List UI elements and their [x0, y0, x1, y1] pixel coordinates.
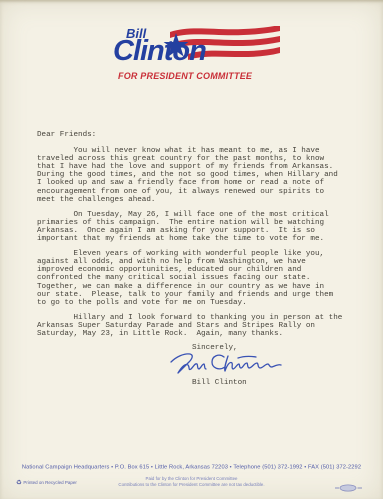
union-bug-icon — [334, 484, 364, 492]
paragraph-4: Hillary and I look forward to thanking y… — [37, 314, 357, 338]
letter-body: Dear Friends: You will never know what i… — [37, 131, 357, 345]
recycled-paper-note: ♻ Printed on Recycled Paper — [16, 479, 216, 486]
handwritten-signature-icon — [168, 350, 283, 380]
typed-signature: Bill Clinton — [192, 379, 247, 387]
letterhead-logo: Bill Clinton FOR PRESIDENT COMMITTEE — [112, 26, 280, 86]
salutation: Dear Friends: — [37, 131, 357, 139]
recycle-icon: ♻ — [16, 479, 22, 486]
letterhead-last-name: Clinton — [113, 37, 206, 66]
letterhead-tagline: FOR PRESIDENT COMMITTEE — [118, 71, 252, 81]
letter-page: Bill Clinton FOR PRESIDENT COMMITTEE Dea… — [0, 0, 383, 499]
paragraph-3: Eleven years of working with wonderful p… — [37, 250, 357, 307]
recycled-paper-label: Printed on Recycled Paper — [23, 480, 77, 485]
footer-address: National Campaign Headquarters • P.O. Bo… — [0, 464, 383, 470]
paragraph-2: On Tuesday, May 26, I will face one of t… — [37, 211, 357, 243]
paragraph-1: You will never know what it has meant to… — [37, 147, 357, 204]
